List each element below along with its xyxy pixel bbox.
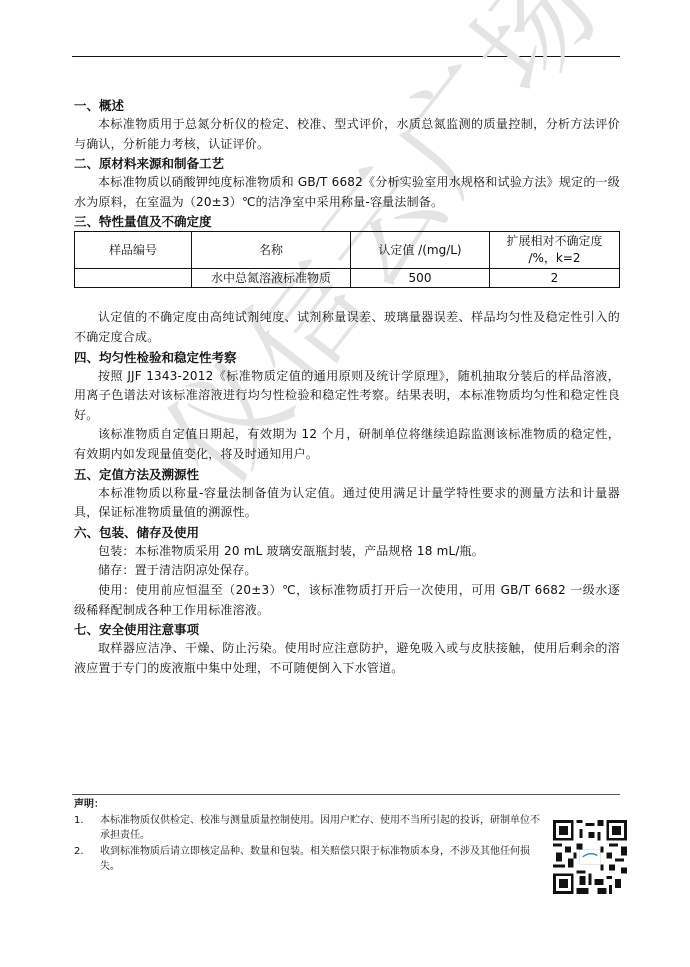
section-traceability: 五、定值方法及溯源性 本标准物质以称量-容量法制备值为认定值。通过使用满足计量学… (74, 465, 620, 523)
paragraph: 本标准物质以称量-容量法制备值为认定值。通过使用满足计量学特性要求的测量方法和计… (74, 484, 620, 523)
cell-uncertainty: 2 (490, 269, 620, 288)
section-safety: 七、安全使用注意事项 取样器应洁净、干燥、防止污染。使用时应注意防护，避免吸入或… (74, 620, 620, 678)
section-raw-materials: 二、原材料来源和制备工艺 本标准物质以硝酸钾纯度标准物质和 GB/T 6682《… (74, 154, 620, 212)
section-heading: 四、均匀性检验和稳定性考察 (74, 348, 620, 367)
paragraph: 使用：使用前应恒温至（20±3）℃，该标准物质打开后一次使用，可用 GB/T 6… (74, 581, 620, 620)
table-header-row: 样品编号 名称 认定值 /(mg/L) 扩展相对不确定度 /%，k=2 (75, 232, 620, 269)
paragraph: 认定值的不确定度由高纯试剂纯度、试剂称量误差、玻璃量器误差、样品均匀性及稳定性引… (74, 308, 620, 347)
paragraph: 本标准物质用于总氮分析仪的检定、校准、型式评价，水质总氮监测的质量控制，分析方法… (74, 115, 620, 154)
footer-rule (72, 794, 620, 795)
paragraph: 取样器应洁净、干燥、防止污染。使用时应注意防护，避免吸入或与皮肤接触，使用后剩余… (74, 639, 620, 678)
section-property-values: 三、特性量值及不确定度 样品编号 名称 认定值 /(mg/L) 扩展相对不确定度… (74, 212, 620, 347)
cell-certified-value: 500 (351, 269, 490, 288)
table-row: 水中总氮溶液标准物质 500 2 (75, 269, 620, 288)
certificate-page: 仪信云广场 一、概述 本标准物质用于总氮分析仪的检定、校准、型式评价，水质总氮监… (0, 0, 690, 967)
cell-name: 水中总氮溶液标准物质 (192, 269, 351, 288)
paragraph: 本标准物质以硝酸钾纯度标准物质和 GB/T 6682《分析实验室用水规格和试验方… (74, 173, 620, 212)
col-name: 名称 (192, 232, 351, 269)
notice-title: 声明： (74, 797, 544, 813)
section-heading: 五、定值方法及溯源性 (74, 465, 620, 484)
col-certified-value: 认定值 /(mg/L) (351, 232, 490, 269)
notice-number: 2. (74, 844, 100, 875)
paragraph: 该标准物质自定值日期起，有效期为 12 个月，研制单位将继续追踪监测该标准物质的… (74, 425, 620, 464)
section-heading: 二、原材料来源和制备工艺 (74, 154, 620, 173)
col-sample-id: 样品编号 (75, 232, 192, 269)
notice-text: 收到标准物质后请立即核定品种、数量和包装。相关赔偿只限于标准物质本身，不涉及其他… (100, 844, 544, 875)
cell-sample-id (75, 269, 192, 288)
property-value-table: 样品编号 名称 认定值 /(mg/L) 扩展相对不确定度 /%，k=2 水中总氮… (74, 231, 620, 288)
header-rule (72, 56, 620, 57)
section-homogeneity-stability: 四、均匀性检验和稳定性考察 按照 JJF 1343-2012《标准物质定值的通用… (74, 348, 620, 465)
section-heading: 六、包装、储存及使用 (74, 523, 620, 542)
notice-number: 1. (74, 813, 100, 844)
section-packaging-storage-use: 六、包装、储存及使用 包装：本标准物质采用 20 mL 玻璃安瓿瓶封装，产品规格… (74, 523, 620, 620)
section-heading: 七、安全使用注意事项 (74, 620, 620, 639)
paragraph: 按照 JJF 1343-2012《标准物质定值的通用原则及统计学原理》，随机抽取… (74, 367, 620, 426)
notice-item: 2. 收到标准物质后请立即核定品种、数量和包装。相关赔偿只限于标准物质本身，不涉… (74, 844, 544, 875)
qr-code-icon[interactable] (553, 820, 627, 894)
paragraph: 包装：本标准物质采用 20 mL 玻璃安瓿瓶封装，产品规格 18 mL/瓶。 (74, 542, 620, 562)
section-heading: 一、概述 (74, 96, 620, 115)
col-uncertainty: 扩展相对不确定度 /%，k=2 (490, 232, 620, 269)
notice-text: 本标准物质仅供检定、校准与测量质量控制使用。因用户贮存、使用不当所引起的投诉，研… (100, 813, 544, 844)
paragraph: 储存：置于清洁阴凉处保存。 (74, 561, 620, 581)
section-overview: 一、概述 本标准物质用于总氮分析仪的检定、校准、型式评价，水质总氮监测的质量控制… (74, 96, 620, 154)
notice-item: 1. 本标准物质仅供检定、校准与测量质量控制使用。因用户贮存、使用不当所引起的投… (74, 813, 544, 844)
section-heading: 三、特性量值及不确定度 (74, 212, 620, 231)
notice-block: 声明： 1. 本标准物质仅供检定、校准与测量质量控制使用。因用户贮存、使用不当所… (74, 797, 544, 875)
document-body: 一、概述 本标准物质用于总氮分析仪的检定、校准、型式评价，水质总氮监测的质量控制… (74, 96, 620, 678)
